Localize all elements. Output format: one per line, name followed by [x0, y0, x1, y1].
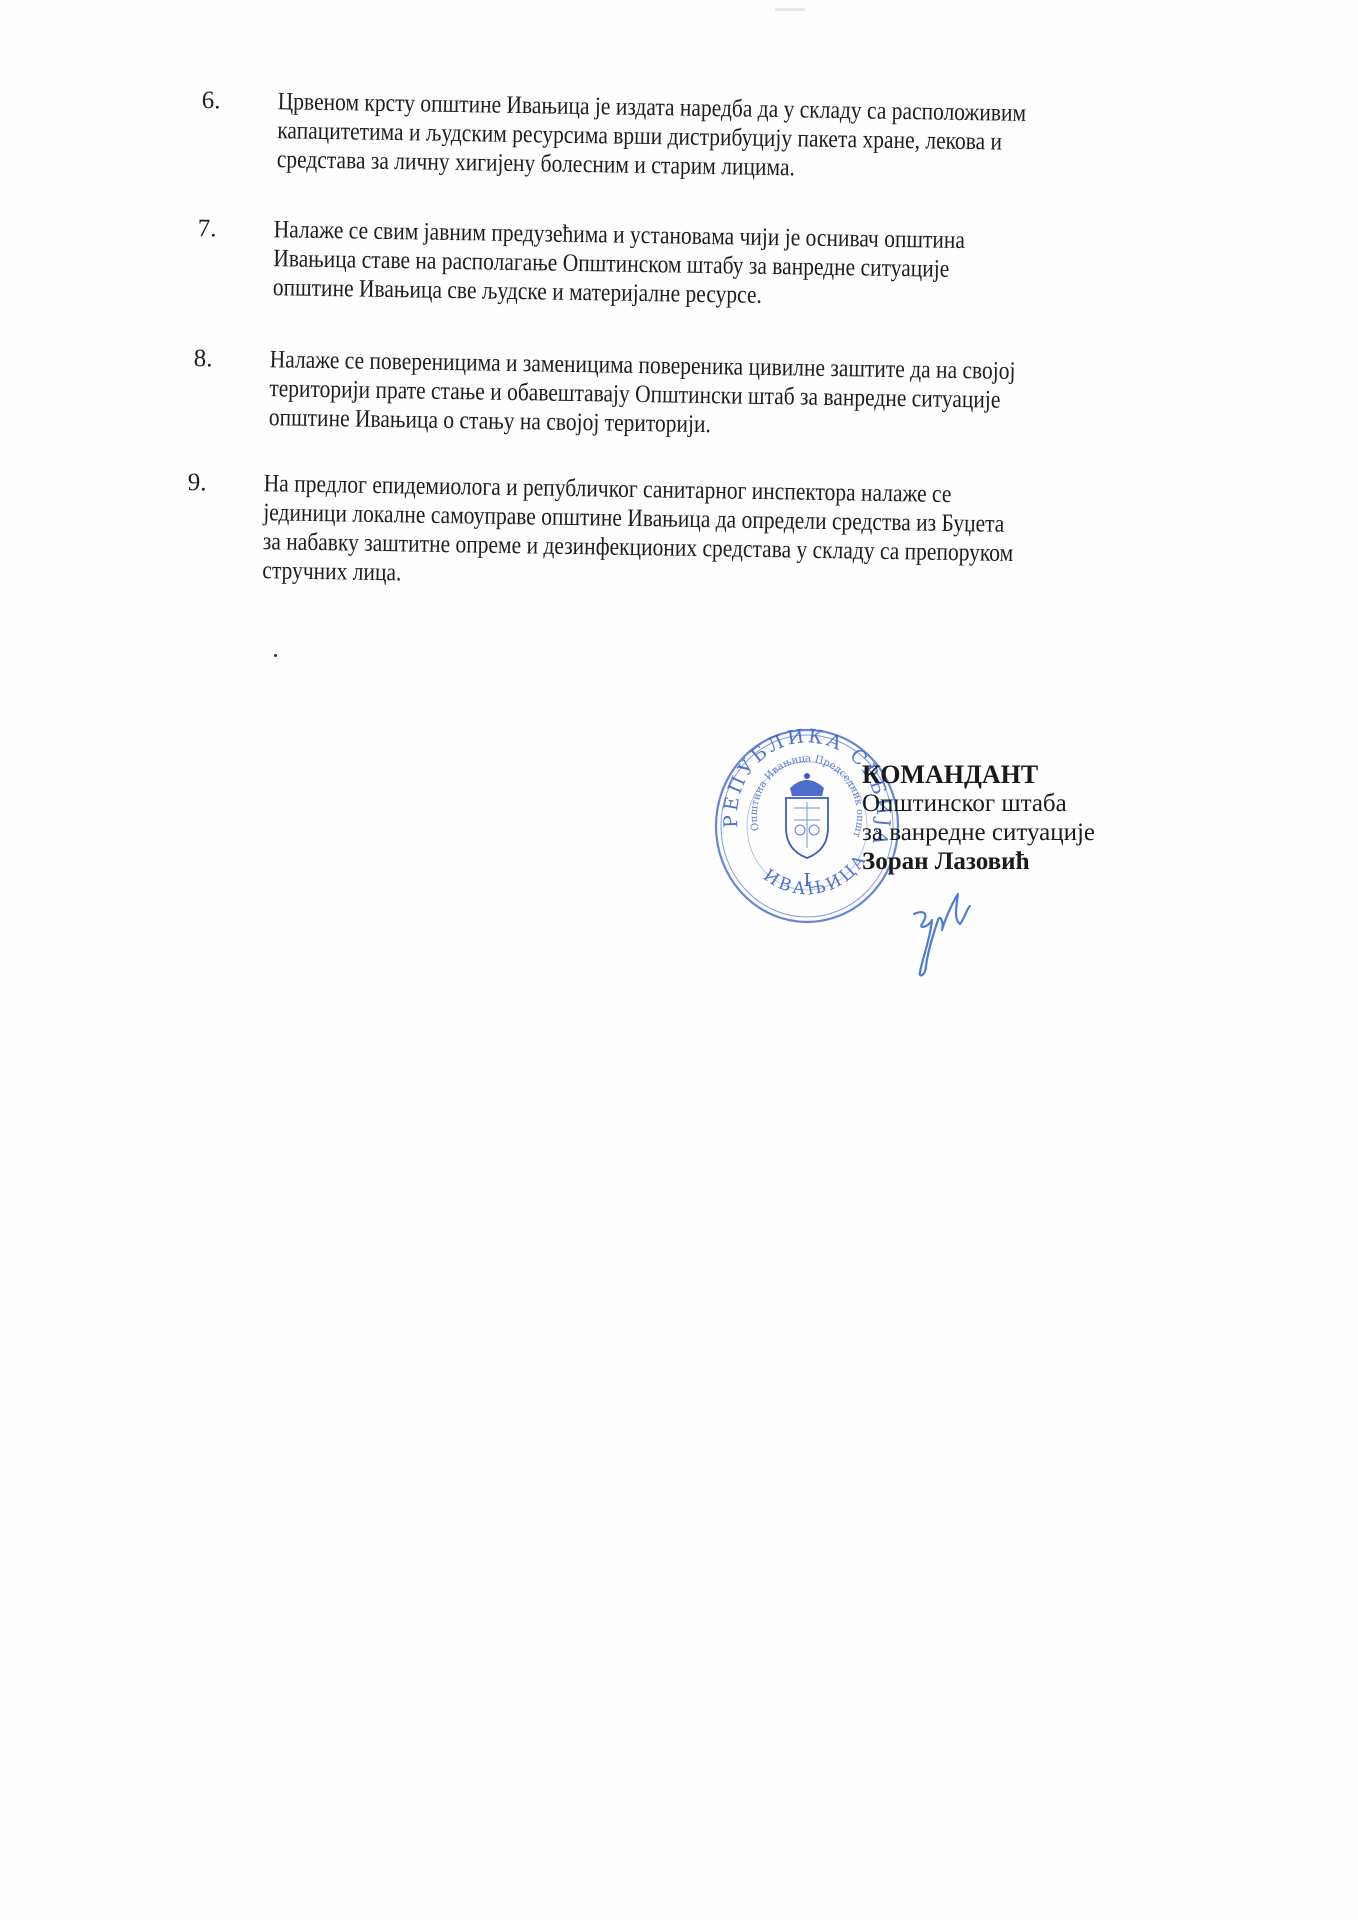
item-text: Налаже се свим јавним предузећима и уста… — [273, 215, 1078, 315]
signatory-title: КОМАНДАНТ — [862, 760, 1095, 789]
document-page: 6. Црвеном крсту општине Ивањица је изда… — [0, 0, 1358, 1920]
item-number: 8. — [194, 344, 213, 373]
signature-block: КОМАНДАНТ Општинског штаба за ванредне с… — [862, 760, 1095, 876]
signatory-org-line-1: Општинског штаба — [862, 789, 1095, 818]
item-text: На предлог епидемиолога и републичког са… — [262, 469, 1136, 599]
item-number: 7. — [198, 214, 217, 243]
item-number: 6. — [202, 86, 221, 115]
signatory-name: Зоран Лазовић — [862, 847, 1095, 876]
item-text: Црвеном крсту општине Ивањица је издата … — [277, 87, 1149, 188]
item-text: Налаже се повереницима и заменицима пове… — [269, 345, 1137, 446]
signatory-org-line-2: за ванредне ситуације — [862, 818, 1095, 847]
svg-text:I: I — [803, 870, 810, 891]
scan-artifact — [775, 8, 805, 11]
handwritten-signature-icon — [900, 880, 980, 980]
stray-dot — [274, 654, 277, 657]
item-number: 9. — [188, 468, 207, 497]
svg-text:ИВАЊИЦА: ИВАЊИЦА — [759, 849, 872, 900]
